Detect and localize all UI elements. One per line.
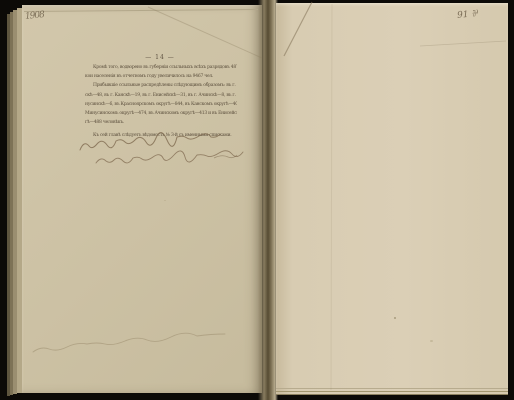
body-line: Прибывшіе ссыльные распредѣлены слѣдующи… <box>85 81 237 90</box>
bottom-sheet-edge <box>276 388 508 389</box>
body-line: кои населенія въ отчетномъ году увеличил… <box>85 72 237 81</box>
body-line: гѣ—488 человѣкъ. <box>85 118 237 127</box>
bottom-sheet-edge <box>276 394 508 395</box>
bottom-sheet-edge <box>276 391 508 392</box>
body-line: нусинскѣ—6, въ Красноярскомъ округѣ—844,… <box>85 100 237 109</box>
book-scan: 1908 91 ⅌ — 14 — Кромѣ того, водворено в… <box>0 0 514 400</box>
book-gutter-shadow <box>258 0 278 400</box>
printed-body-text: Кромѣ того, водворено въ губерніи ссыльн… <box>85 63 237 141</box>
handwritten-folio-number-right: 91 ⅌ <box>456 6 477 21</box>
closing-line: Къ сей главѣ слѣдуетъ вѣдомость № 3-й съ… <box>85 131 237 140</box>
body-line: скѣ—48, въ г. Канскѣ—19, въ г. Енисейскѣ… <box>85 91 237 100</box>
handwritten-folio-number-left: 1908 <box>25 10 45 22</box>
paper-speck <box>430 340 433 342</box>
body-line: Кромѣ того, водворено въ губерніи ссыльн… <box>85 63 237 72</box>
paper-speck <box>394 317 396 319</box>
right-page <box>276 3 508 395</box>
paper-speck <box>164 200 166 201</box>
printed-page-number: — 14 — <box>85 54 235 61</box>
body-line: Минусинскомъ округѣ—474, въ Ачинскомъ ок… <box>85 109 237 118</box>
